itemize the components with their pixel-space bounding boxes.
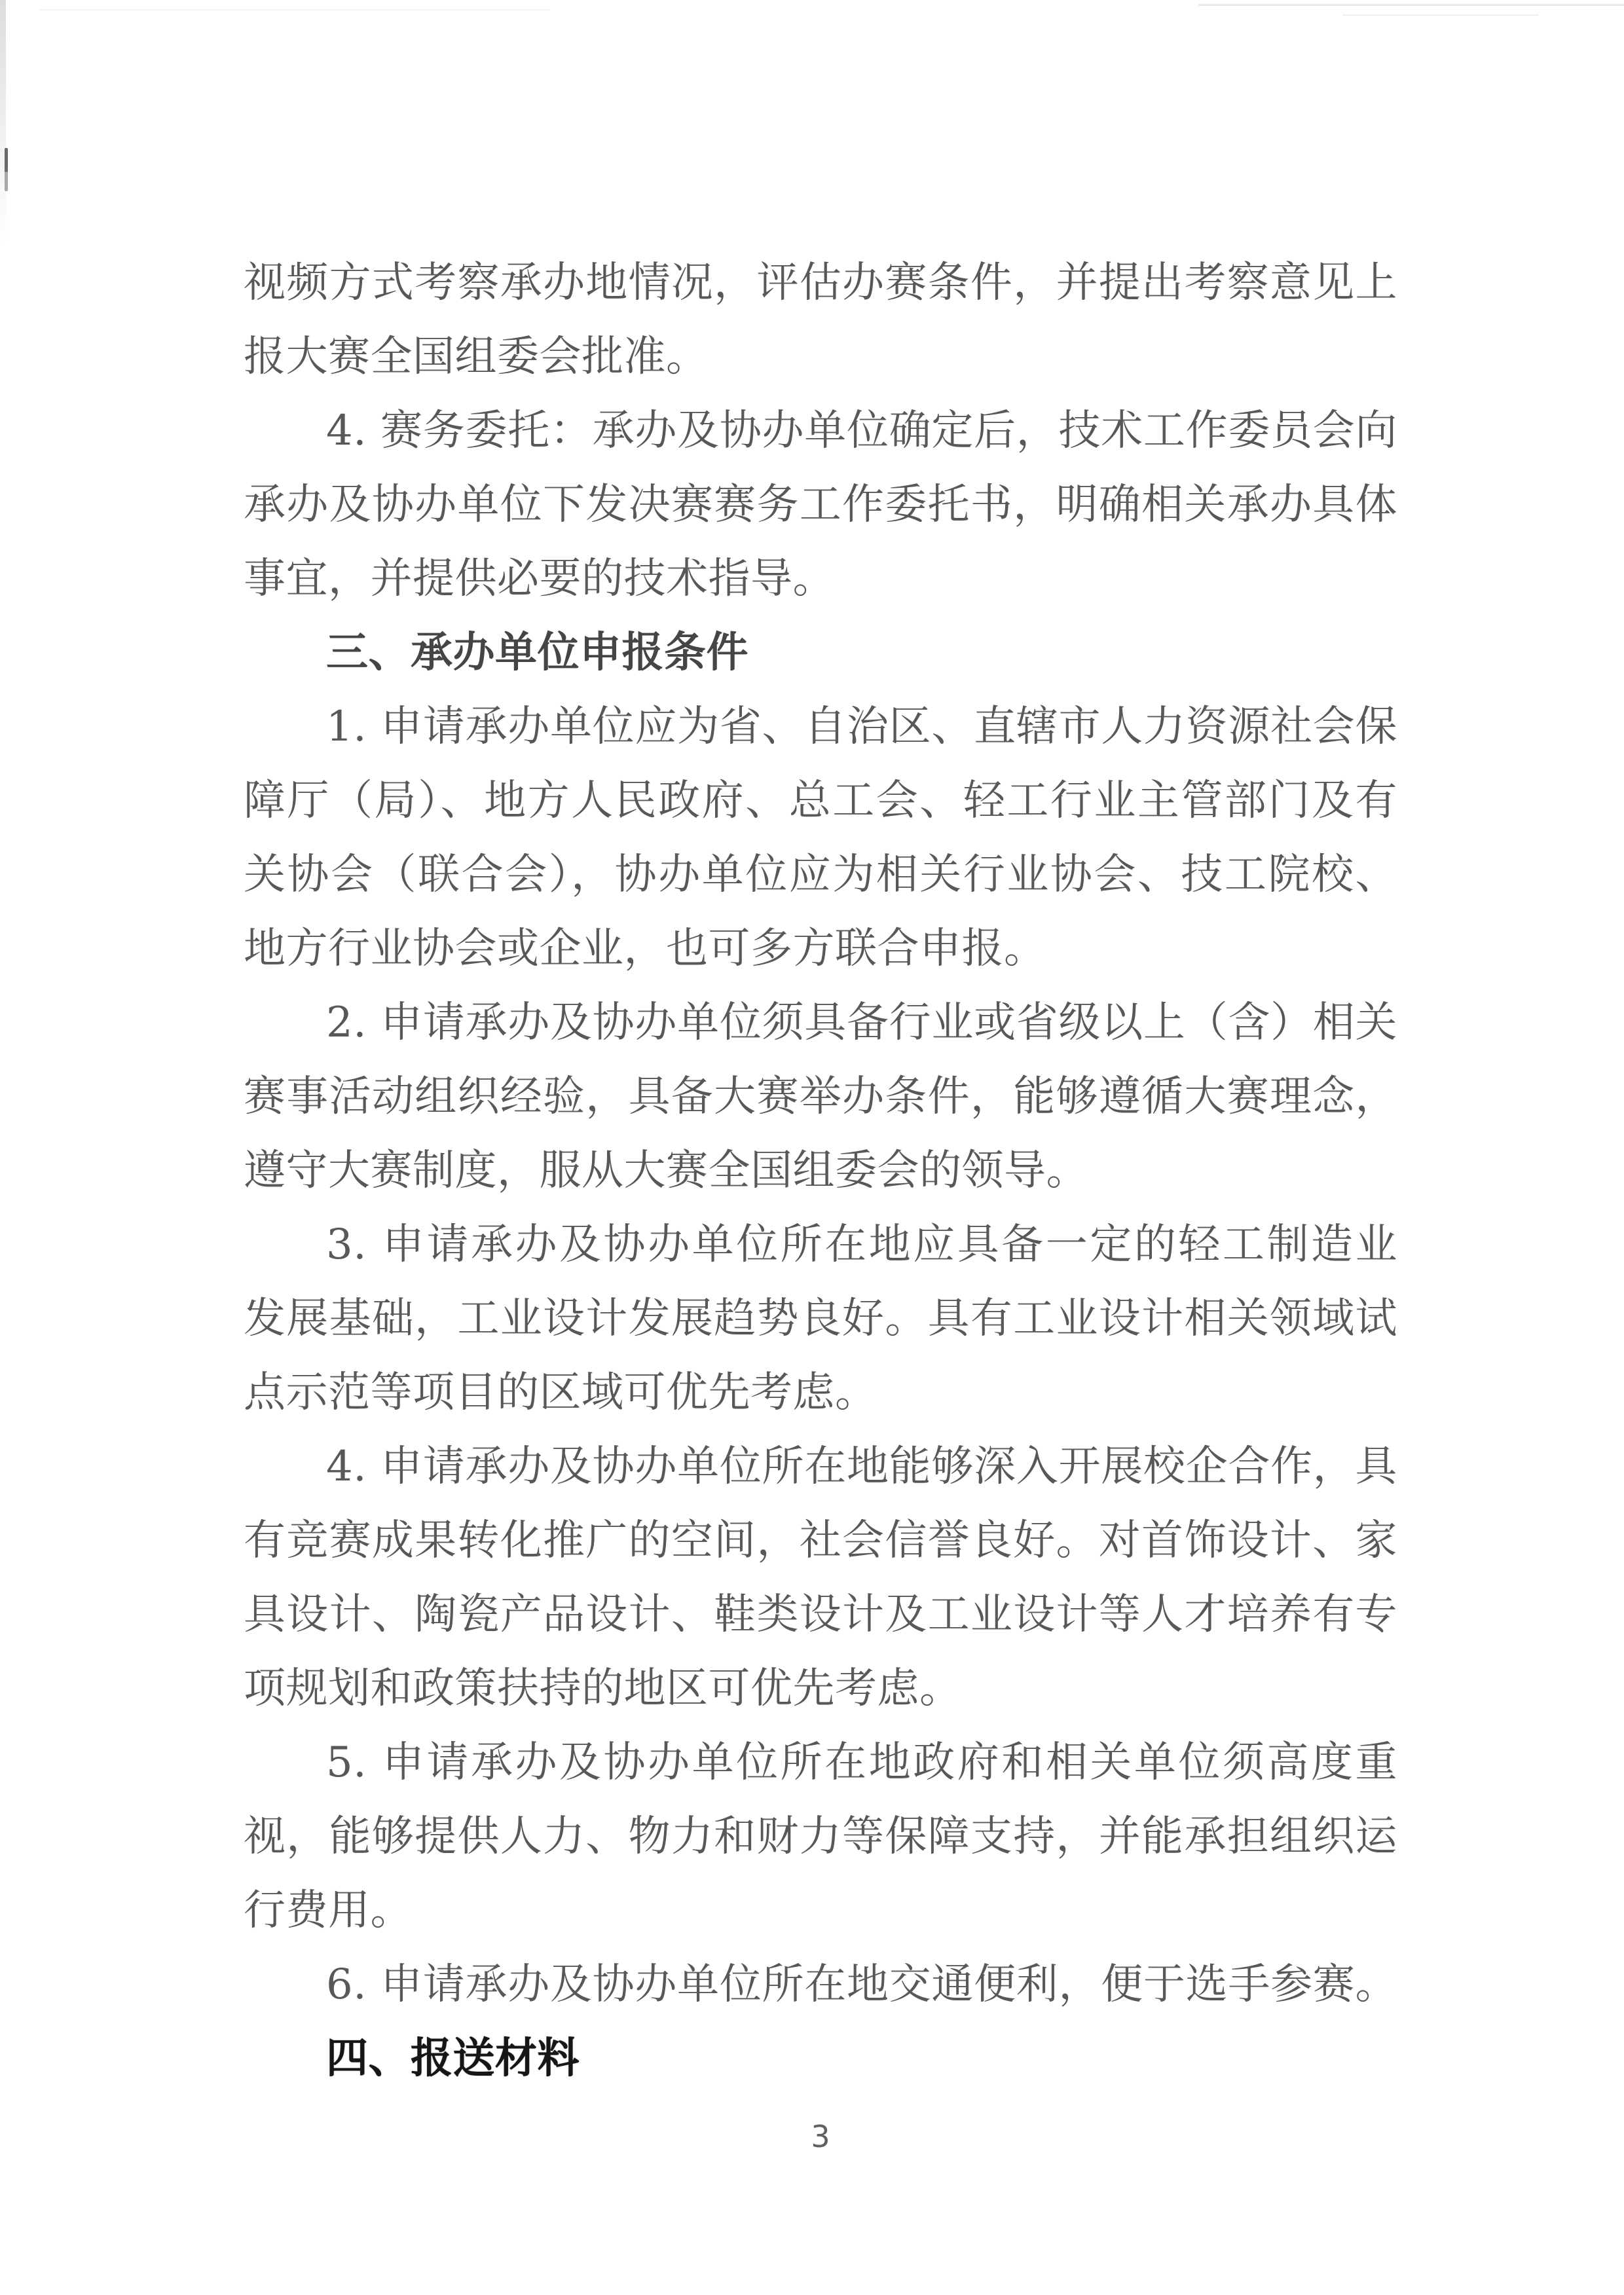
text-line: 障厅（局）、地方人民政府、总工会、轻工行业主管部门及有 (244, 764, 1397, 838)
text-line: 3. 申请承办及协办单位所在地应具备一定的轻工制造业 (244, 1208, 1397, 1282)
scan-streak-artifact (39, 9, 550, 10)
text-line: 关协会（联合会），协办单位应为相关行业协会、技工院校、 (244, 838, 1397, 912)
text-line: 6. 申请承办及协办单位所在地交通便利，便于选手参赛。 (244, 1948, 1397, 2022)
text-line: 4. 赛务委托：承办及协办单位确定后，技术工作委员会向 (244, 394, 1397, 468)
scan-smudge-artifact (0, 0, 6, 249)
text-line: 有竞赛成果转化推广的空间，社会信誉良好。对首饰设计、家 (244, 1504, 1397, 1578)
page-number: 3 (244, 2120, 1397, 2153)
scan-edge-mark-artifact (5, 148, 8, 191)
text-line: 报大赛全国组委会批准。 (244, 320, 1397, 394)
section-heading: 三、承办单位申报条件 (244, 616, 1397, 690)
text-line: 具设计、陶瓷产品设计、鞋类设计及工业设计等人才培养有专 (244, 1578, 1397, 1652)
text-line: 项规划和政策扶持的地区可优先考虑。 (244, 1652, 1397, 1726)
document-body: 视频方式考察承办地情况，评估办赛条件，并提出考察意见上报大赛全国组委会批准。4.… (244, 246, 1397, 2096)
text-line: 承办及协办单位下发决赛赛务工作委托书，明确相关承办具体 (244, 468, 1397, 542)
section-heading: 四、报送材料 (244, 2022, 1397, 2096)
text-line: 地方行业协会或企业，也可多方联合申报。 (244, 912, 1397, 986)
text-line: 行费用。 (244, 1874, 1397, 1948)
document-page: 视频方式考察承办地情况，评估办赛条件，并提出考察意见上报大赛全国组委会批准。4.… (0, 0, 1624, 2295)
text-line: 视频方式考察承办地情况，评估办赛条件，并提出考察意见上 (244, 246, 1397, 320)
text-line: 4. 申请承办及协办单位所在地能够深入开展校企合作，具 (244, 1430, 1397, 1504)
text-line: 遵守大赛制度，服从大赛全国组委会的领导。 (244, 1134, 1397, 1208)
scan-streak-artifact (1342, 14, 1539, 16)
text-line: 赛事活动组织经验，具备大赛举办条件，能够遵循大赛理念， (244, 1060, 1397, 1134)
text-line: 5. 申请承办及协办单位所在地政府和相关单位须高度重 (244, 1726, 1397, 1800)
text-line: 2. 申请承办及协办单位须具备行业或省级以上（含）相关 (244, 986, 1397, 1060)
text-line: 事宜，并提供必要的技术指导。 (244, 542, 1397, 616)
text-line: 发展基础，工业设计发展趋势良好。具有工业设计相关领域试 (244, 1282, 1397, 1356)
scan-streak-artifact (1198, 4, 1624, 6)
text-line: 点示范等项目的区域可优先考虑。 (244, 1356, 1397, 1430)
text-line: 视，能够提供人力、物力和财力等保障支持，并能承担组织运 (244, 1800, 1397, 1874)
text-line: 1. 申请承办单位应为省、自治区、直辖市人力资源社会保 (244, 690, 1397, 764)
